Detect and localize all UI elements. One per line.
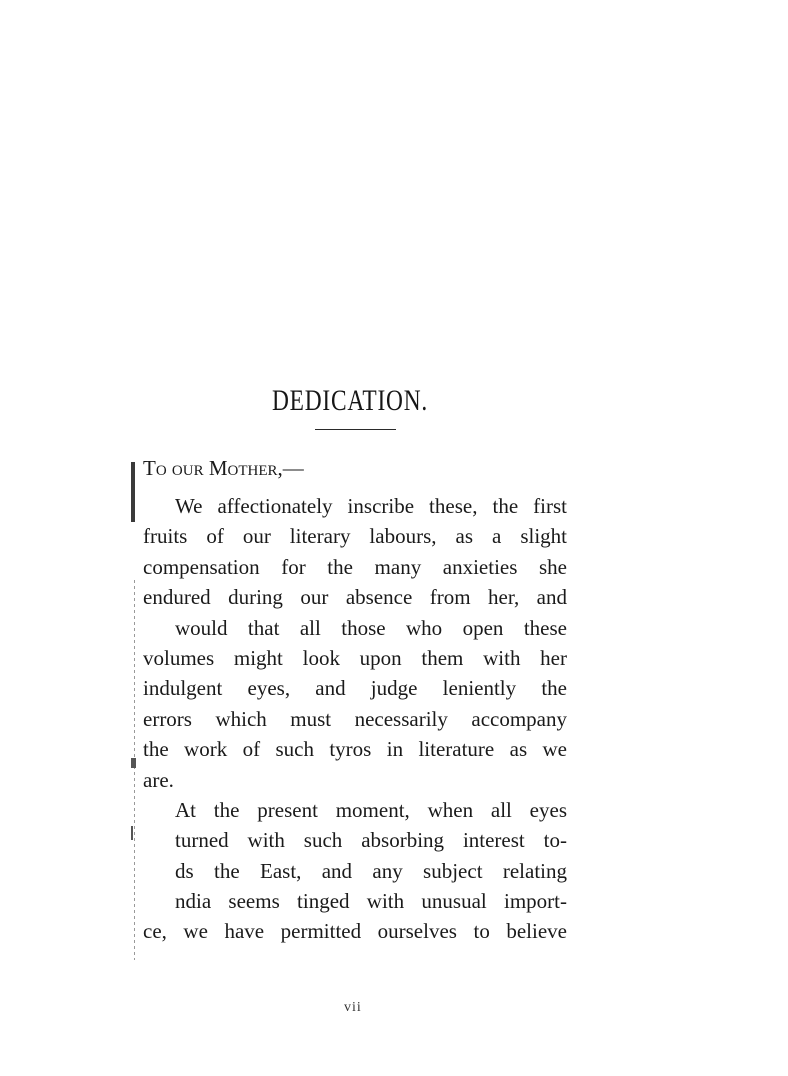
text-line: compensation for the many anxieties she	[143, 552, 567, 582]
text-line: We affectionately inscribe these, the fi…	[143, 491, 567, 521]
text-line: At the present moment, when all eyes	[143, 795, 567, 825]
scan-speck	[131, 758, 136, 768]
salutation: To our Mother,—	[143, 456, 304, 481]
text-line: would that all those who open these	[143, 613, 567, 643]
scan-margin-line	[134, 580, 135, 960]
title-rule	[315, 429, 396, 430]
document-page: DEDICATION. To our Mother,— We affection…	[0, 0, 788, 1076]
scan-speck	[131, 826, 133, 840]
dedication-body: We affectionately inscribe these, the fi…	[143, 491, 567, 947]
text-line: ds the East, and any subject relating	[143, 856, 567, 886]
text-line: the work of such tyros in literature as …	[143, 734, 567, 764]
text-line: turned with such absorbing interest to-	[143, 825, 567, 855]
text-line: indulgent eyes, and judge leniently the	[143, 673, 567, 703]
page-title: DEDICATION.	[233, 384, 467, 418]
text-line: ce, we have permitted ourselves to belie…	[143, 916, 567, 946]
salutation-text: To our Mother,—	[143, 456, 304, 480]
page-number: vii	[344, 1000, 362, 1016]
text-line: ndia seems tinged with unusual import-	[143, 886, 567, 916]
text-line: volumes might look upon them with her	[143, 643, 567, 673]
scan-margin-artifact	[131, 462, 135, 522]
text-line: fruits of our literary labours, as a sli…	[143, 521, 567, 551]
text-line: endured during our absence from her, and	[143, 582, 567, 612]
text-line: are.	[143, 765, 567, 795]
text-line: errors which must necessarily accompany	[143, 704, 567, 734]
